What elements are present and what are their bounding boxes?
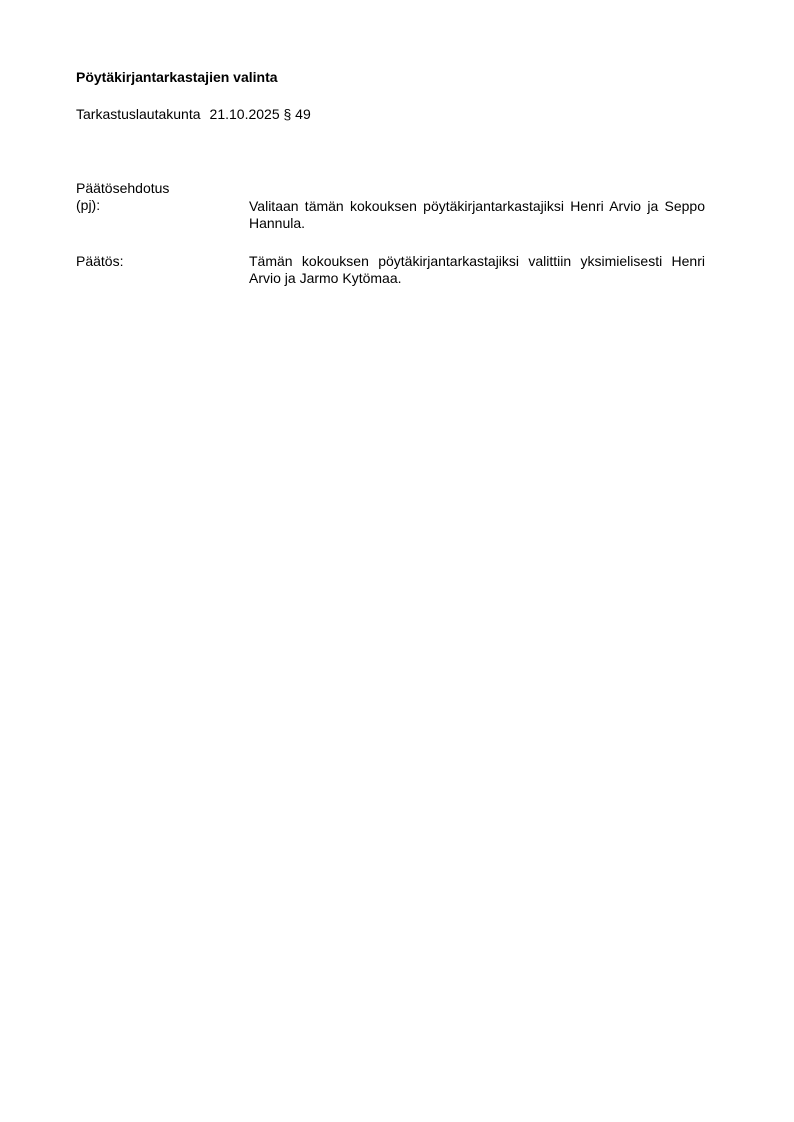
document-page: Pöytäkirjantarkastajien valinta Tarkastu… bbox=[0, 0, 794, 1122]
proposal-label: Päätösehdotus (pj): bbox=[76, 180, 246, 214]
committee-name: Tarkastuslautakunta bbox=[76, 106, 201, 122]
meeting-date-section: 21.10.2025 § 49 bbox=[210, 106, 311, 122]
decision-label: Päätös: bbox=[76, 253, 246, 270]
proposal-label-line1: Päätösehdotus bbox=[76, 180, 246, 197]
document-title: Pöytäkirjantarkastajien valinta bbox=[76, 69, 278, 86]
decision-text: Tämän kokouksen pöytäkirjantarkastajiksi… bbox=[249, 253, 705, 287]
proposal-label-line2: (pj): bbox=[76, 197, 246, 214]
meeting-info: Tarkastuslautakunta21.10.2025 § 49 bbox=[76, 106, 311, 123]
proposal-text: Valitaan tämän kokouksen pöytäkirjantark… bbox=[249, 198, 705, 232]
